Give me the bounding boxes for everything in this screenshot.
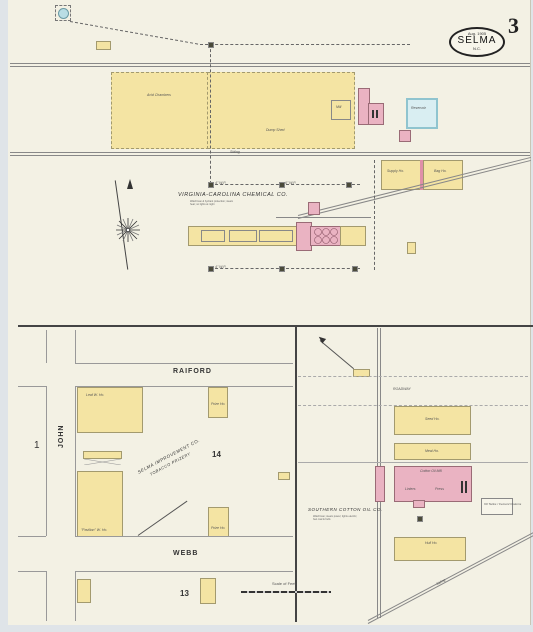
hydrant-icon bbox=[208, 266, 214, 272]
hydrant-icon bbox=[417, 516, 423, 522]
hydrant-icon bbox=[208, 182, 214, 188]
rail-label: Siding bbox=[230, 150, 240, 154]
building-seed-house: Seed Ho. bbox=[394, 406, 471, 435]
building-pump-house bbox=[399, 130, 411, 142]
pipe-line bbox=[70, 21, 198, 45]
building-outbuilding bbox=[407, 242, 416, 254]
building-platform bbox=[83, 451, 122, 459]
building-acid-chambers-2 bbox=[188, 226, 298, 246]
north-arrow-icon bbox=[320, 340, 354, 369]
rail-line bbox=[276, 217, 371, 218]
scale-bar bbox=[241, 591, 331, 593]
company-name-vcc: Virginia-Carolina Chemical Co. bbox=[178, 192, 288, 198]
block-number-13: 13 bbox=[180, 589, 189, 598]
block-line bbox=[18, 571, 46, 572]
street-label-webb: WEBB bbox=[173, 550, 198, 557]
block-line bbox=[75, 536, 293, 537]
town-name: SELMA bbox=[451, 36, 503, 46]
building-mill: Mill bbox=[331, 100, 351, 120]
building-linters-small bbox=[375, 466, 385, 502]
building-dwelling-2 bbox=[200, 578, 216, 604]
building-dwelling-1 bbox=[77, 579, 91, 603]
hydrant-icon bbox=[279, 266, 285, 272]
block-line bbox=[75, 571, 76, 621]
pipe-line bbox=[200, 44, 410, 45]
tank-circles-icon bbox=[311, 227, 341, 245]
roadway-label: Roadway bbox=[393, 387, 411, 391]
pipe-line bbox=[210, 44, 211, 184]
company-notes-sco: Watchman; steam power; lights electric; … bbox=[313, 515, 361, 521]
street-label-john: JOHN bbox=[58, 425, 65, 448]
hydrant-icon bbox=[208, 42, 214, 48]
north-arrow-head-icon bbox=[127, 179, 133, 189]
block-line bbox=[75, 386, 76, 536]
building-meal-house: Meal Ho. bbox=[394, 443, 471, 460]
building-prize-house: Prize Ho. bbox=[208, 387, 228, 418]
building-pavilion-warehouse: "Pavilion" W. Ho. bbox=[77, 471, 123, 537]
water-tank-circle-icon bbox=[58, 8, 69, 19]
block-line bbox=[46, 330, 47, 363]
pipe-label: 6" W.P. bbox=[285, 181, 296, 185]
scale-label: Scale of Feet. bbox=[272, 581, 297, 586]
building-leaf-house: Leaf W. Ho. bbox=[77, 387, 143, 433]
building-water-tank-tower bbox=[308, 202, 320, 215]
page-number: 3 bbox=[508, 13, 519, 39]
section-divider bbox=[295, 325, 297, 622]
street-label-raiford: RAIFORD bbox=[173, 368, 212, 375]
north-arrow-head-icon bbox=[317, 334, 326, 343]
boiler-icon bbox=[465, 481, 467, 493]
block-line bbox=[75, 571, 293, 572]
state-name: N.C. bbox=[451, 46, 503, 51]
rail-line bbox=[10, 152, 530, 153]
title-cartouche: Aug. 1905 SELMA N.C. bbox=[449, 27, 505, 57]
building-small-shed-right bbox=[278, 472, 290, 480]
building-small-shed bbox=[96, 41, 111, 50]
cross-hatch-icon bbox=[84, 459, 121, 465]
compass-rose-icon bbox=[116, 218, 140, 242]
block-line bbox=[18, 536, 46, 537]
pipe-line bbox=[374, 160, 375, 270]
block-line bbox=[75, 363, 293, 364]
pipe-label: 4" W.P. bbox=[215, 181, 226, 185]
building-reservoir: Reservoir bbox=[406, 98, 438, 129]
company-name-selma: Selma Improvement Co. bbox=[137, 438, 201, 475]
block-number-14: 14 bbox=[212, 450, 221, 459]
boiler-icon bbox=[376, 110, 378, 118]
building-tanks bbox=[310, 226, 342, 246]
pipe-label: 4" W.P. bbox=[215, 265, 226, 269]
boiler-icon bbox=[461, 481, 463, 493]
block-line bbox=[46, 386, 47, 536]
building-acid-chambers: Acid Chambers bbox=[111, 72, 209, 149]
hydrant-icon bbox=[346, 182, 352, 188]
rail-line bbox=[10, 66, 530, 67]
building-prize-house-2: Prize Ho. bbox=[208, 507, 229, 537]
legend-box-oil-tanks: Oil Tanks / Cement Cisterns bbox=[481, 498, 513, 515]
building-storage bbox=[340, 226, 366, 246]
company-notes-vcc: Watchman & hydrant protection; steam hea… bbox=[190, 200, 238, 206]
building-eng bbox=[413, 500, 425, 508]
building-hull-house: Hull Ho. bbox=[394, 537, 466, 561]
boiler-icon bbox=[372, 110, 374, 118]
street-number: 1 bbox=[34, 440, 41, 451]
roadway-edge bbox=[298, 376, 528, 377]
rail-line bbox=[298, 462, 528, 463]
block-line bbox=[75, 330, 76, 363]
section-divider bbox=[18, 325, 533, 327]
rail-line bbox=[10, 63, 530, 64]
block-line bbox=[46, 571, 47, 621]
hydrant-icon bbox=[352, 266, 358, 272]
north-arrow-icon bbox=[138, 501, 188, 536]
block-line bbox=[18, 386, 46, 387]
pipe-line bbox=[210, 268, 360, 269]
company-name-sco: Southern Cotton Oil Co. bbox=[308, 507, 383, 512]
rail-line bbox=[10, 155, 530, 156]
map-sheet: Aug. 1905 SELMA N.C. 3 Acid Chambers Dum… bbox=[8, 0, 531, 625]
